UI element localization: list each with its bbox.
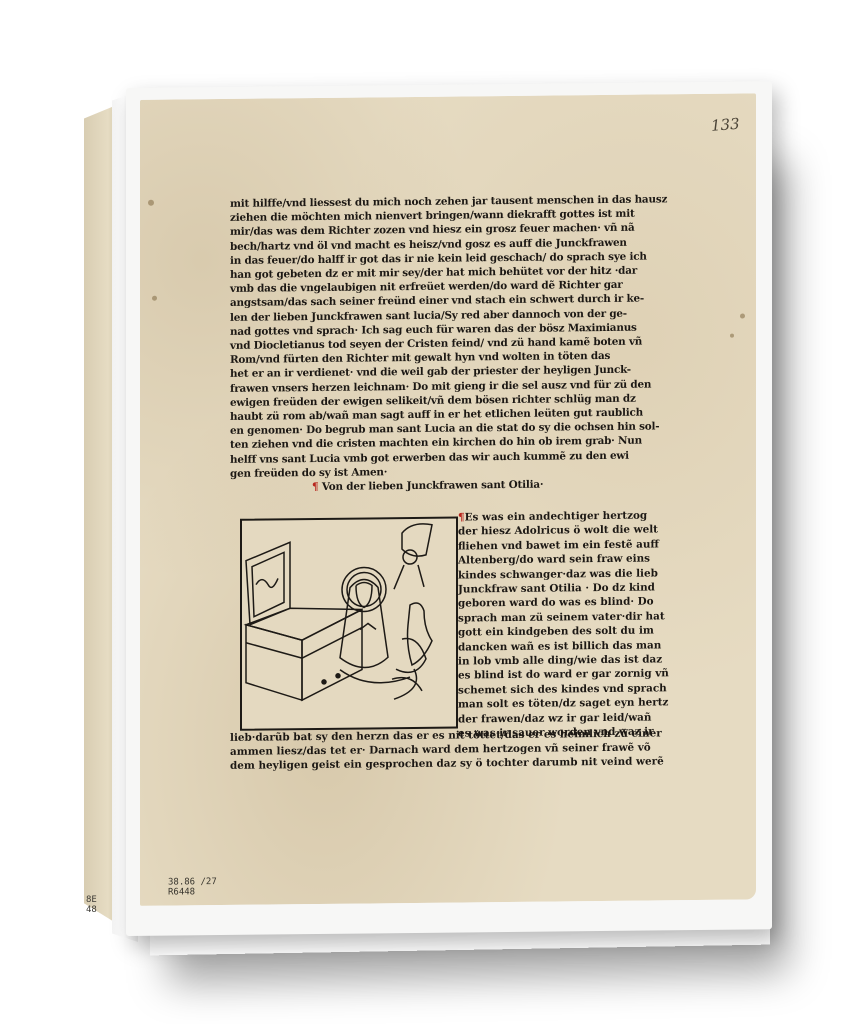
accession-number: 38.86 /27 R6448 [168,877,217,898]
woodcut-icon [242,519,456,729]
tail-text-block: lieb·darũb bat sy den herzn das er es ni… [230,726,664,773]
paper-leaf: 133 mit hilffe/vnd liessest du mich noch… [140,93,756,905]
canvas-frame: 133 mit hilffe/vnd liessest du mich noch… [126,81,772,936]
paragraph-mark: ¶ [312,481,322,493]
otilia-section: ¶Es was ein andechtiger hertzog der hies… [240,507,760,732]
folio-number: 133 [711,115,741,135]
column-text: ¶Es was ein andechtiger hertzog der hies… [458,507,758,741]
foxing-spot [148,200,154,206]
main-text-block: mit hilffe/vnd liessest du mich noch zeh… [230,191,770,495]
woodcut-illustration [240,517,458,731]
foxing-spot [152,296,157,301]
side-accession: 8E 48 [86,895,97,915]
rubric-initial: ¶ [458,511,465,523]
